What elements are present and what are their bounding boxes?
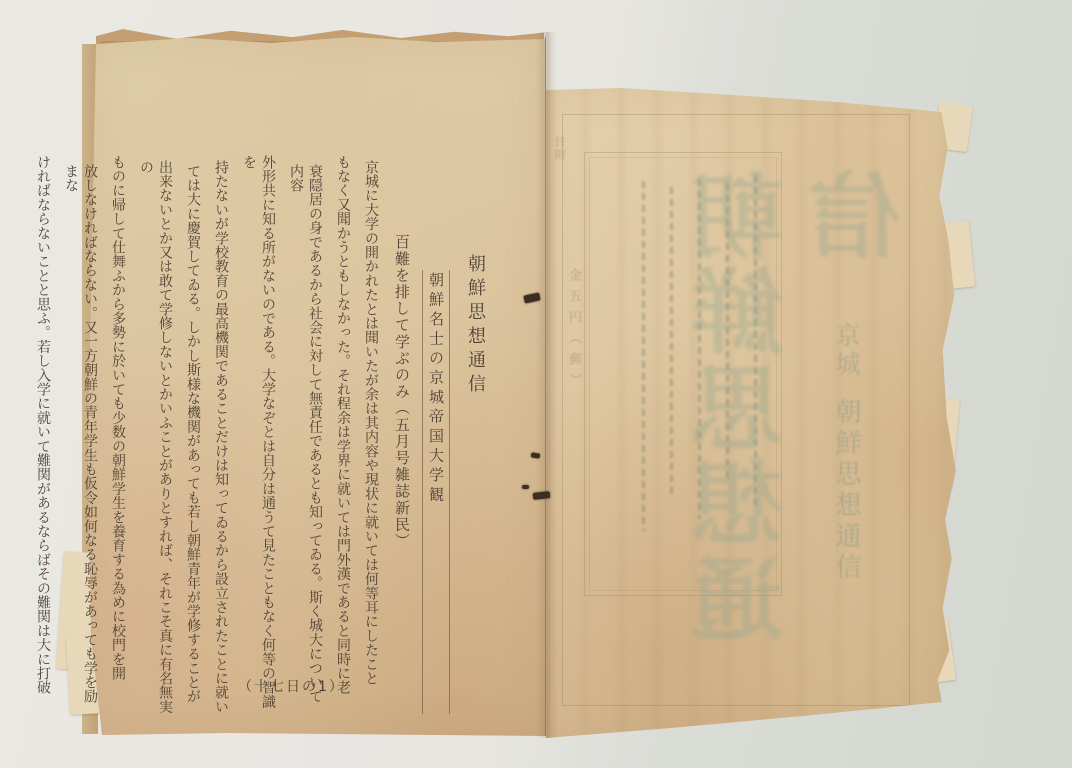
bleed-text-line bbox=[726, 183, 729, 483]
page-caption: （十七日の1） bbox=[238, 676, 345, 696]
body-column: 持たないが学校教育の最高機関であることだけは知ってゐるから設立されたことに就い bbox=[211, 160, 230, 714]
right-page: 朝鮮思想通信 京城 朝鮮思想通信 金五円（郵） 日附 bbox=[546, 88, 960, 738]
manuscript-text: 朝鮮思想通信 朝鮮名士の京城帝国大学観 百難を排して学ぶのみ（五月号雑誌新民） … bbox=[96, 148, 488, 714]
body-column: ては大に慶賀してゐる。しかし斯様な機関があっても若し朝鮮青年が学修することが bbox=[183, 164, 202, 714]
article-heading: 百難を排して学ぶのみ（五月号雑誌新民） bbox=[391, 234, 412, 714]
stitch-mark bbox=[531, 452, 541, 458]
body-column: 出来ないとか又は敢て学修しないとかいふことがありとすれば、それこそ真に有名無実の bbox=[136, 160, 174, 714]
stitch-mark bbox=[522, 485, 529, 489]
article-subtitle: 朝鮮名士の京城帝国大学観 bbox=[422, 270, 450, 714]
body-column: 衰隠居の身であるから社会に対して無責任であるとも知ってゐる。斯く城大について内容 bbox=[286, 164, 324, 714]
bleed-text-line bbox=[670, 187, 673, 497]
body-column: 京城に大学の開かれたとは聞いたが余は其内容や現状に就いては何等耳にしたこと bbox=[361, 160, 380, 714]
bleed-text-box bbox=[584, 152, 782, 596]
article-title: 朝鮮思想通信 bbox=[462, 254, 488, 714]
body-column: 放しなければならない。又一方朝鮮の青年学生も仮令如何なる恥辱があっても学を励まな bbox=[61, 164, 99, 714]
body-column: もなく又聞かうともしなかった。それ程余は学界に就いては門外漢であると同時に老 bbox=[333, 155, 352, 714]
bleed-text-line bbox=[698, 179, 701, 519]
binding-crease bbox=[545, 36, 546, 736]
body-column: 外形共に知る所がないのである。大学なぞとは自分は通うて見たこともなく何等の智識を bbox=[239, 155, 277, 714]
bleed-text-line bbox=[754, 175, 757, 505]
body-column: ければならないことと思ふ。若し入学に就いて難関があるならばその難関は大に打破 bbox=[33, 155, 52, 714]
body-column: ものに帰して仕舞ふから多勢に於いても少数の朝鮮学生を養育する為めに校門を開 bbox=[108, 155, 127, 714]
photo-background: 朝鮮思想通信 京城 朝鮮思想通信 金五円（郵） 日附 朝鮮思想通信 朝鮮名士の京… bbox=[0, 0, 1072, 768]
bleed-text-line bbox=[642, 181, 645, 531]
